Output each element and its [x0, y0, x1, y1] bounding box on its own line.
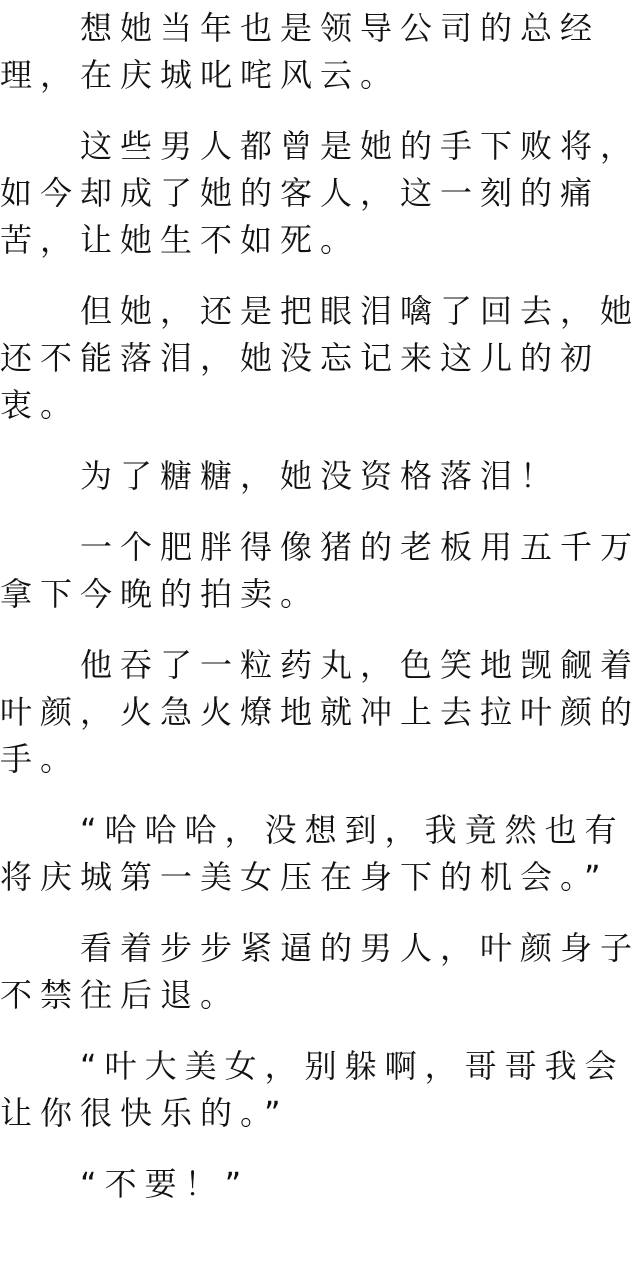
paragraph: 他吞了一粒药丸，色笑地觊觎着叶颜，火急火燎地就冲上去拉叶颜的手。 [0, 642, 634, 783]
paragraph: “不要！” [0, 1161, 634, 1208]
paragraph: “叶大美女，别躲啊，哥哥我会让你很快乐的。” [0, 1043, 634, 1137]
article-body: 想她当年也是领导公司的总经理，在庆城叱咤风云。 这些男人都曾是她的手下败将，如今… [0, 5, 634, 1232]
paragraph: 想她当年也是领导公司的总经理，在庆城叱咤风云。 [0, 5, 634, 99]
paragraph: 但她，还是把眼泪噙了回去，她还不能落泪，她没忘记来这儿的初衷。 [0, 288, 634, 429]
paragraph: 这些男人都曾是她的手下败将，如今却成了她的客人，这一刻的痛苦，让她生不如死。 [0, 123, 634, 264]
paragraph: 看着步步紧逼的男人，叶颜身子不禁往后退。 [0, 925, 634, 1019]
paragraph: 为了糖糖，她没资格落泪！ [0, 453, 634, 500]
paragraph: “哈哈哈，没想到，我竟然也有将庆城第一美女压在身下的机会。” [0, 807, 634, 901]
paragraph: 一个肥胖得像猪的老板用五千万拿下今晚的拍卖。 [0, 524, 634, 618]
